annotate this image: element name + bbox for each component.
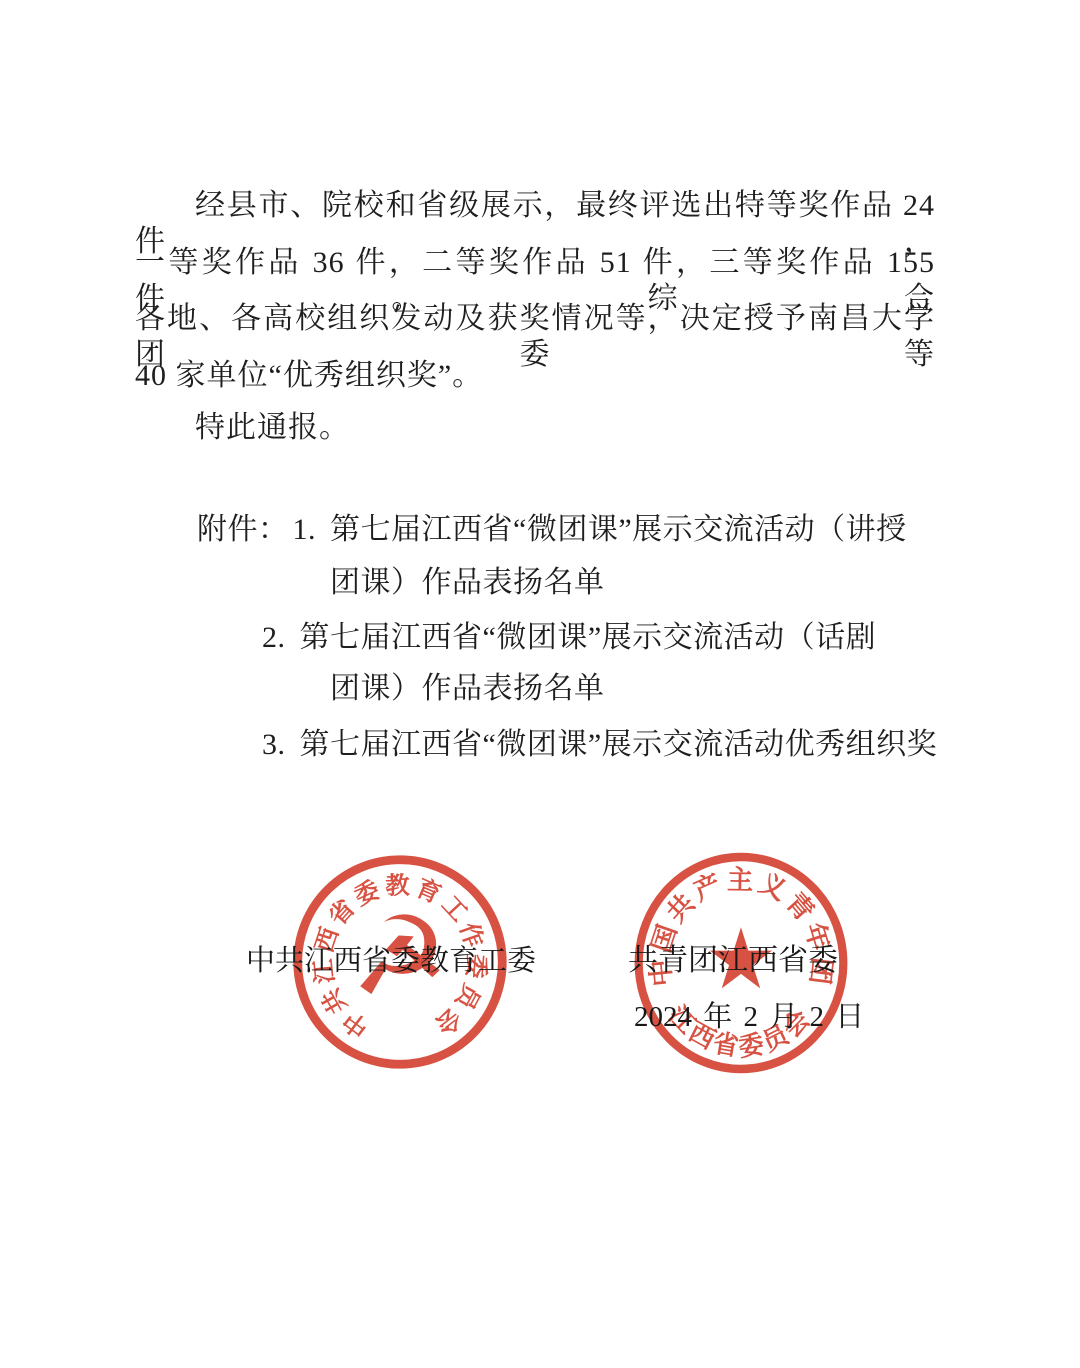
attachment-2-number: 2. [262,621,286,654]
attachment-2-title-line-1: 第七届江西省“微团课”展示交流活动（话剧 [300,621,877,654]
attachment-1-title-line-1: 第七届江西省“微团课”展示交流活动（讲授 [330,513,907,546]
attachment-item-1: 附件：1.第七届江西省“微团课”展示交流活动（讲授 [197,512,907,548]
right-signature-org: 共青团江西省委 [628,944,838,978]
closing-line: 特此通报。 [135,410,935,446]
body-paragraph-line-4: 40 家单位“优秀组织奖”。 [135,358,935,394]
left-signature-org: 中共江西省委教育工委 [246,944,536,978]
attachment-1-number: 1. [293,513,317,546]
document-page: 经县市、院校和省级展示，最终评选出特等奖作品 24 件， 一等奖作品 36 件，… [0,0,1080,1368]
attachment-3-number: 3. [262,728,286,761]
attachment-item-3: 3.第七届江西省“微团课”展示交流活动优秀组织奖 [258,727,937,763]
attachment-item-2: 2.第七届江西省“微团课”展示交流活动（话剧 [258,620,876,656]
attachment-2-title-line-2: 团课）作品表扬名单 [330,671,605,707]
date-line: 2024 年 2 月 2 日 [634,1000,864,1034]
attachment-3-title: 第七届江西省“微团课”展示交流活动优秀组织奖 [300,728,938,761]
attachment-label: 附件： [197,513,289,546]
attachment-1-title-line-2: 团课）作品表扬名单 [330,565,605,601]
